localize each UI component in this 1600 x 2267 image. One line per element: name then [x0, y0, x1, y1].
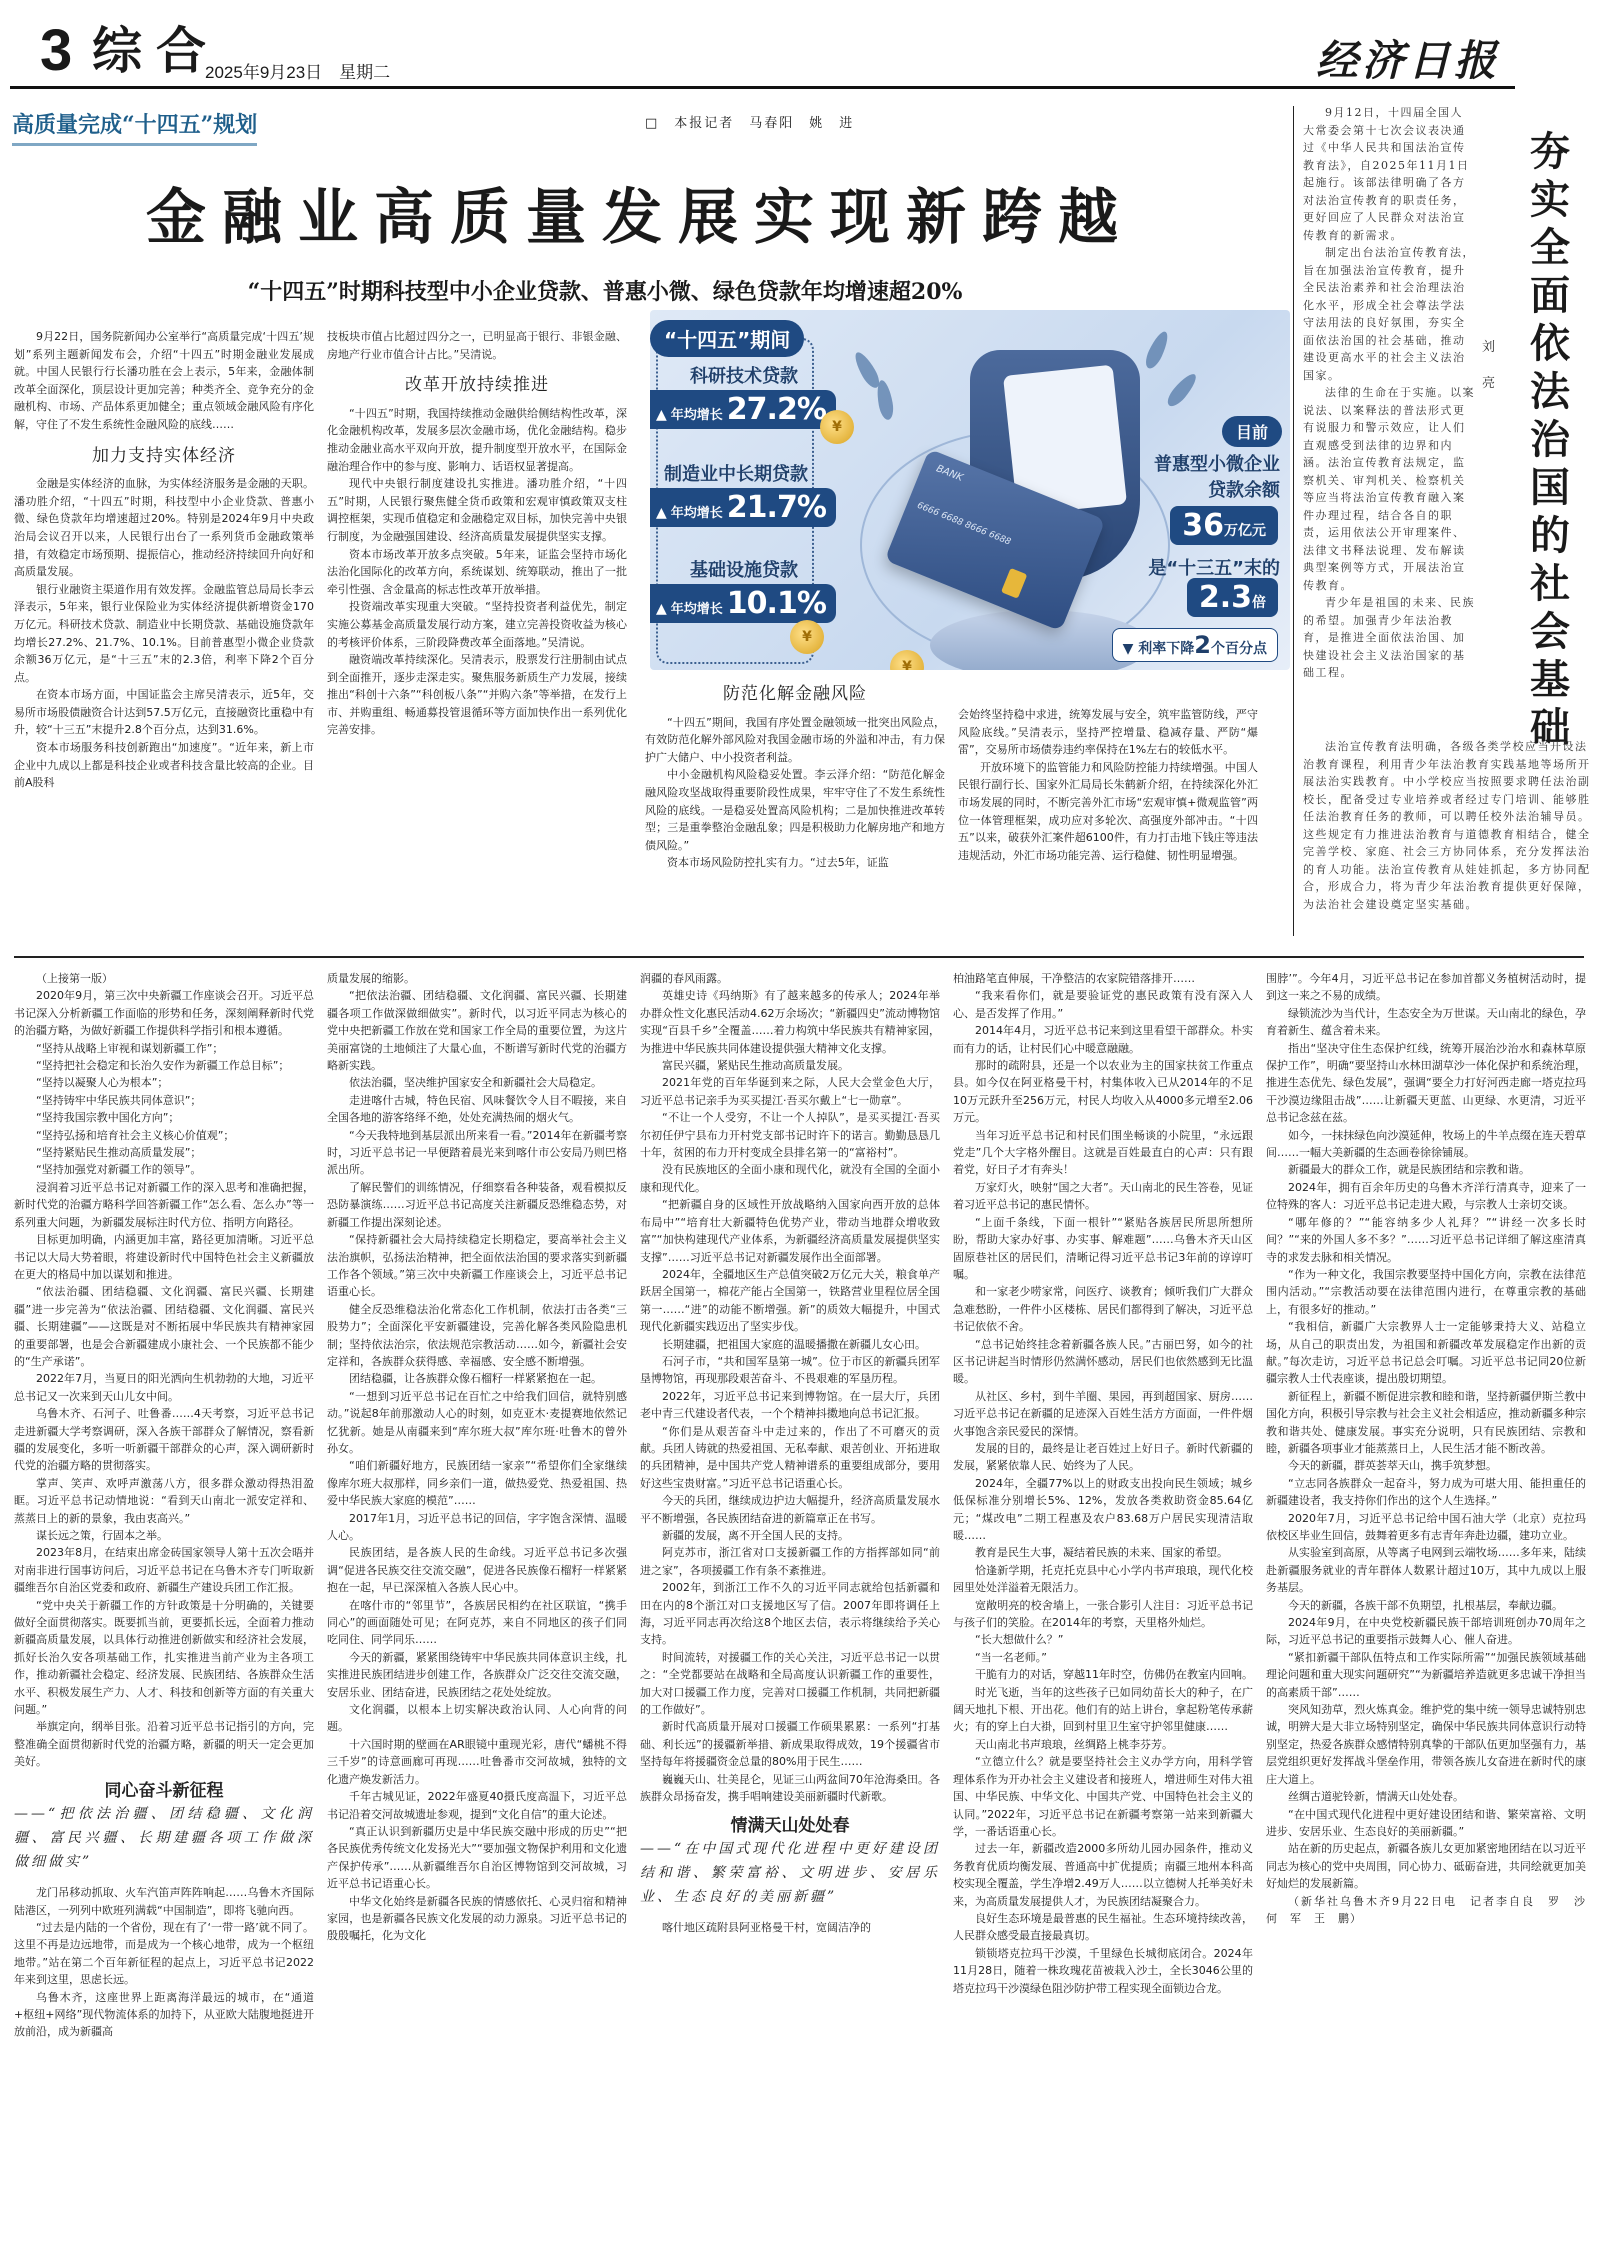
paragraph: 新疆最大的群众工作，就是民族团结和宗教和谐。 [1266, 1161, 1586, 1178]
paragraph: “坚持弘扬和培育社会主义核心价值观”； [14, 1127, 314, 1144]
paragraph: “过去是内陆的一个省份，现在有了‘一带一路’就不同了。这里不再是边远地带，而是成… [14, 1919, 314, 1989]
paragraph: 时间流转，对援疆工作的关心关注，习近平总书记一以贯之：“全党都要站在战略和全局高… [640, 1649, 940, 1719]
period-tag: “十四五”期间 [650, 320, 804, 357]
paragraph: 资本市场服务科技创新跑出“加速度”。“近年来，新上市企业中九成以上都是科技企业或… [14, 739, 314, 792]
paragraph: “把新疆自身的区域性开放战略纳入国家向西开放的总体布局中”“培育壮大新疆特色优势… [640, 1196, 940, 1266]
paragraph: 新时代高质量开展对口援疆工作硕果累累：一系列“打基础、利长远”的援疆新举措、新成… [640, 1718, 940, 1770]
paragraph: 浸润着习近平总书记对新疆工作的深入思考和准确把握，新时代党的治疆方略科学回答新疆… [14, 1179, 314, 1231]
paragraph: 千年古城见证，2022年盛夏40摄氏度高温下，习近平总书记沿着交河故城遗址参观，… [327, 1788, 627, 1823]
paragraph: 指出“坚决守住生态保护红线，统筹开展治沙治水和森林草原保护工作”，明确“要坚持山… [1266, 1040, 1586, 1127]
up-triangle-icon: ▲ [656, 601, 667, 617]
up-triangle-icon: ▲ [656, 407, 667, 423]
page-number: 3 [40, 22, 72, 80]
paragraph: “你们是从艰苦奋斗中走过来的，作出了不可磨灭的贡献。兵团人铸就的热爱祖国、无私奉… [640, 1423, 940, 1493]
paragraph: 围脖’”。今年4月，习近平总书记在参加首都义务植树活动时，提到这一来之不易的成绩… [1266, 970, 1586, 1005]
paragraph: 中华文化始终是新疆各民族的情感依托、心灵归宿和精神家园，也是新疆各民族文化发展的… [327, 1893, 627, 1945]
paragraph: 长期建疆，把祖国大家庭的温暖播撒在新疆儿女心田。 [640, 1336, 940, 1353]
paragraph: 万家灯火，映射“国之大者”。天山南北的民生答卷，见证着习近平总书记的惠民情怀。 [953, 1179, 1253, 1214]
section-heading: 加力支持实体经济 [14, 448, 314, 466]
coin-icon: ¥ [820, 410, 854, 444]
card-chip-icon [1001, 568, 1027, 599]
paragraph: 2024年，拥有百余年历史的乌鲁木齐洋行清真寺，迎来了一位特殊的客人：习近平总书… [1266, 1179, 1586, 1214]
lead-column-1: 9月22日，国务院新闻办公室举行“高质量完成‘十四五’规划”系列主题新闻发布会，… [14, 328, 314, 792]
paragraph: 金融是实体经济的血脉，为实体经济服务是金融的天职。潘功胜介绍，“十四五”时期，科… [14, 475, 314, 581]
paragraph: 龙门吊移动抓取、火车汽笛声阵阵响起……乌鲁木齐国际陆港区，一列列中欧班列满载“中… [14, 1884, 314, 1919]
paragraph: 2024年，全疆地区生产总值突破2万亿元大关，粮食单产跃居全国第一，棉花产能占全… [640, 1266, 940, 1336]
paragraph: 民族团结，是各族人民的生命线。习近平总书记多次强调“促进各民族交往交流交融”，促… [327, 1544, 627, 1596]
paragraph: 2021年党的百年华诞到来之际，人民大会堂金色大厅，习近平总书记亲手为买买提江·… [640, 1074, 940, 1109]
paragraph: 丝绸古道驼铃新，情满天山处处春。 [1266, 1788, 1586, 1805]
paragraph: 今天的新疆，紧紧围绕铸牢中华民族共同体意识主线，扎实推进民族团结进步创建工作，各… [327, 1649, 627, 1701]
paragraph: 依法治疆，坚决维护国家安全和新疆社会大局稳定。 [327, 1074, 627, 1091]
byline: □ 本报记者 马春阳 姚 进 [645, 112, 854, 131]
paragraph: 制定出台法治宣传教育法，旨在加强法治宣传教育，提升全民法治素养和社会治理法治化水… [1303, 244, 1475, 384]
coin-icon: ¥ [890, 650, 924, 670]
series-kicker: 高质量完成“十四五”规划 [12, 108, 257, 146]
paragraph: 良好生态环境是最普惠的民生福祉。生态环境持续改善，人民群众感受最直接最真切。 [953, 1910, 1253, 1945]
paragraph: 2014年4月，习近平总书记来到这里看望干部群众。朴实而有力的话，让村民们心中暖… [953, 1022, 1253, 1057]
paragraph: 现代中央银行制度建设扎实推进。潘功胜介绍，“十四五”时期，人民银行聚焦健全货币政… [327, 475, 627, 545]
paragraph: 没有民族地区的全面小康和现代化，就没有全国的全面小康和现代化。 [640, 1161, 940, 1196]
paragraph: 润疆的春风雨露。 [640, 970, 940, 987]
metric-value: ▲ 年均增长 21.7% [650, 488, 836, 527]
paragraph: 会始终坚持稳中求进，统筹发展与安全，筑牢监管防线，严守风险底线。”吴清表示，坚持… [958, 706, 1258, 759]
paragraph: 2020年9月，第三次中央新疆工作座谈会召开。习近平总书记深入分析新疆工作面临的… [14, 987, 314, 1039]
rate-decline: ▼ 利率下降2个百分点 [1112, 628, 1278, 662]
paragraph: 从实验室到高原，从等离子电网到云端牧场……多年来，陆续赴新疆服务就业的青年群体人… [1266, 1544, 1586, 1596]
commentary-body-bottom: 法治宣传教育法明确，各级各类学校应当开设法治教育课程，利用青少年法治教育实践基地… [1303, 738, 1593, 913]
infographic: “十四五”期间 科研技术贷款 ▲ 年均增长 27.2% 制造业中长期贷款 ▲ 年… [650, 310, 1290, 670]
paragraph: 法律的生命在于实施。以案说法、以案释法的普法形式更有说服力和警示效应，让人们直观… [1303, 384, 1475, 594]
paragraph: 技板块市值占比超过四分之一，已明显高于银行、非银金融、房地产行业市值合计占比。”… [327, 328, 627, 363]
paragraph: 富民兴疆，紧贴民生推动高质量发展。 [640, 1057, 940, 1074]
commentary-body-top: 9月12日，十四届全国人大常委会第十七次会议表决通过《中华人民共和国法治宣传教育… [1303, 104, 1475, 682]
metric-value: ▲ 年均增长 10.1% [650, 584, 836, 623]
paragraph: 乌鲁木齐、石河子、吐鲁番……4天考察，习近平总书记走进新疆大学考察调研，深入各族… [14, 1405, 314, 1475]
paragraph: “长大想做什么？” [953, 1631, 1253, 1648]
xinjiang-column-2: 质量发展的缩影。 “把依法治疆、团结稳疆、文化润疆、富民兴疆、长期建疆各项工作做… [327, 970, 627, 2260]
paragraph: “紧扣新疆干部队伍特点和工作实际所需”“加强民族领域基础理论问题和重大现实问题研… [1266, 1649, 1586, 1701]
paragraph: 目标更加明确，内涵更加丰富，路径更加清晰。习近平总书记以大局大势着眼，将建设新时… [14, 1231, 314, 1283]
article-intro: 9月22日，国务院新闻办公室举行“高质量完成‘十四五’规划”系列主题新闻发布会，… [14, 328, 314, 434]
ratio-label: 是“十三五”末的 [1148, 554, 1280, 580]
paragraph: 新疆的发展，离不开全国人民的支持。 [640, 1527, 940, 1544]
paragraph: “在中国式现代化进程中更好建设团结和谐、繁荣富裕、文明进步、安居乐业、生态良好的… [1266, 1806, 1586, 1841]
paragraph: 突风知劲草，烈火炼真金。维护党的集中统一领导忠诚特别忠诚，明辨大是大非立场特别坚… [1266, 1701, 1586, 1788]
paragraph: 投资端改革实现重大突破。“坚持投资者利益优先，制定实施公募基金高质量发展行动方案… [327, 598, 627, 651]
paragraph: 文化润疆，以根本上切实解决政治认同、人心向背的问题。 [327, 1701, 627, 1736]
paragraph: 过去一年，新疆改造2000多所幼儿园办园条件，推动义务教育优质均衡发展、普通高中… [953, 1840, 1253, 1910]
section-heading: 防范化解金融风险 [645, 686, 945, 704]
paragraph: 干脆有力的对话，穿越11年时空，仿佛仍在教室内回响。 [953, 1666, 1253, 1683]
subheadline: “十四五”时期科技型中小企业贷款、普惠小微、绿色贷款年均增速超20% [40, 275, 1170, 306]
paragraph: “立志同各族群众一起奋斗，努力成为可堪大用、能担重任的新疆建设者，我支持你们作出… [1266, 1475, 1586, 1510]
paragraph: 2022年，习近平总书记来到博物馆。在一层大厅，兵团老中青三代建设者代表，一个个… [640, 1388, 940, 1423]
paragraph: 那时的疏附县，还是一个以农业为主的国家扶贫工作重点县。如今仅在阿亚格曼干村，村集… [953, 1057, 1253, 1127]
paragraph: 当年习近平总书记和村民们围坐畅谈的小院里，“永远跟党走”几个大字格外醒目。这就是… [953, 1127, 1253, 1179]
paragraph: “我来看你们，就是要验证党的惠民政策有没有深入人心、是否发挥了作用。” [953, 987, 1253, 1022]
paragraph: “当一名老师。” [953, 1649, 1253, 1666]
section-subtitle: ——“在中国式现代化进程中更好建设团结和谐、繁荣富裕、文明进步、安居乐业、生态良… [640, 1837, 940, 1909]
paragraph: “依法治疆、团结稳疆、文化润疆、富民兴疆、长期建疆”进一步完善为“依法治疆、团结… [14, 1283, 314, 1370]
paragraph: 健全反恐维稳法治化常态化工作机制，依法打击各类“三股势力”；全面深化平安新疆建设… [327, 1301, 627, 1371]
paragraph: 在喀什市的“邻里节”，各族居民相约在社区联谊，“携手同心”的画面随处可见；在阿克… [327, 1597, 627, 1649]
paragraph: 团结稳疆，让各族群众像石榴籽一样紧紧抱在一起。 [327, 1370, 627, 1387]
section-name: 综合 [92, 26, 220, 76]
lead-column-3: 防范化解金融风险 “十四五”期间，我国有序处置金融领域一批突出风险点，有效防范化… [645, 686, 945, 872]
paragraph: “作为一种文化，我国宗教要坚持中国化方向，宗教在法律范围内活动。”“宗教活动要在… [1266, 1266, 1586, 1318]
paragraph: 9月12日，十四届全国人大常委会第十七次会议表决通过《中华人民共和国法治宣传教育… [1303, 104, 1475, 244]
lead-column-4: 会始终坚持稳中求进，统筹发展与安全，筑牢监管防线，严守风险底线。”吴清表示，坚持… [958, 706, 1258, 864]
paragraph: “坚持加强党对新疆工作的领导”。 [14, 1161, 314, 1178]
paragraph: 恰逢新学期，托克托克县中心小学内书声琅琅，现代化校园里处处洋溢着无限活力。 [953, 1562, 1253, 1597]
paragraph: 融资端改革持续深化。吴清表示，股票发行注册制由试点到全面推开，逐步走深走实。聚焦… [327, 651, 627, 739]
leaf-decoration [1142, 329, 1172, 371]
section-subtitle: ——“把依法治疆、团结稳疆、文化润疆、富民兴疆、长期建疆各项工作做深做细做实” [14, 1802, 314, 1874]
paragraph: 开放环境下的监管能力和风险防控能力持续增强。中国人民银行副行长、国家外汇局局长朱… [958, 759, 1258, 865]
leaf-decoration [1164, 370, 1200, 410]
xinjiang-column-3: 润疆的春风雨露。 英雄史诗《玛纳斯》有了越来越多的传承人；2024年举办群众性文… [640, 970, 940, 2260]
paragraph: “十四五”期间，我国有序处置金融领域一批突出风险点，有效防范化解外部风险对我国金… [645, 714, 945, 767]
paragraph: 了解民警们的训练情况，仔细察看各种装备，观看模拟反恐防暴演练……习近平总书记高度… [327, 1179, 627, 1231]
section-heading: 同心奋斗新征程 [14, 1783, 314, 1800]
paragraph: 巍巍天山、壮美昆仑，见证三山两盆间70年沧海桑田。各族群众昂扬奋发，携手唱响建设… [640, 1771, 940, 1806]
paragraph: 教育是民生大事，凝结着民族的未来、国家的希望。 [953, 1544, 1253, 1561]
headline: 金融业高质量发展实现新跨越 [40, 170, 1240, 256]
paragraph: “坚持把社会稳定和长治久安作为新疆工作总目标”； [14, 1057, 314, 1074]
lead-column-2: 技板块市值占比超过四分之一，已明显高于银行、非银金融、房地产行业市值合计占比。”… [327, 328, 627, 739]
newspaper-logo: 经济日报 [1316, 28, 1500, 88]
paragraph: 质量发展的缩影。 [327, 970, 627, 987]
xinjiang-column-5: 围脖’”。今年4月，习近平总书记在参加首都义务植树活动时，提到这一来之不易的成绩… [1266, 970, 1586, 2260]
paragraph: 十六国时期的壁画在AR眼镜中重现光彩，唐代“蟠桃不得三千岁”的诗意画廊可再现……… [327, 1736, 627, 1788]
paragraph: 法治宣传教育法明确，各级各类学校应当开设法治教育课程，利用青少年法治教育实践基地… [1303, 738, 1593, 913]
paragraph: 新征程上，新疆不断促进宗教和睦和谐，坚持新疆伊斯兰教中国化方向，积极引导宗教与社… [1266, 1388, 1586, 1458]
paragraph: 举旗定向，纲举目张。沿着习近平总书记指引的方向，完整准确全面贯彻新时代党的治疆方… [14, 1718, 314, 1770]
paragraph: “总书记始终挂念着新疆各族人民。”古丽巴努，如今的社区书记讲起当时情形仍然满怀感… [953, 1336, 1253, 1388]
paragraph: 和一家老少唠家常，问医疗、谈教育；倾听我们广大群众急难愁盼，一件件小区楼栋、居民… [953, 1283, 1253, 1335]
coin-icon: ¥ [790, 620, 824, 654]
paragraph: 在资本市场方面，中国证监会主席吴清表示，近5年，交易所市场股债融资合计达到57.… [14, 686, 314, 739]
paragraph: 如今，一抹抹绿色向沙漠延伸，牧场上的牛羊点缀在连天碧草间……一幅大美新疆的生态画… [1266, 1127, 1586, 1162]
commentary-title: 夯 实 全 面 依 法 治 国 的 社 会 基 础 [1525, 128, 1575, 752]
section-heading: 改革开放持续推进 [327, 377, 627, 395]
column-divider [1293, 106, 1294, 936]
paragraph: 谋长远之策，行固本之举。 [14, 1527, 314, 1544]
paragraph: 时光飞逝，当年的这些孩子已如同幼苗长大的种子，在广阔天地扎下根、开出花。他们有的… [953, 1684, 1253, 1736]
continued-note: （上接第一版） [14, 970, 314, 987]
paragraph: “把依法治疆、团结稳疆、文化润疆、富民兴疆、长期建疆各项工作做深做细做实”。新时… [327, 987, 627, 1074]
paragraph: 掌声、笑声、欢呼声激荡八方，很多群众激动得热泪盈眶。习近平总书记动情地说：“看到… [14, 1475, 314, 1527]
paragraph: 喀什地区疏附县阿亚格曼干村，宽阔洁净的 [640, 1919, 940, 1936]
paragraph: 今天的新疆，各族干部不负期望，扎根基层，奉献边疆。 [1266, 1597, 1586, 1614]
metric-label: 制造业中长期贷款 [664, 460, 808, 486]
paragraph: “一想到习近平总书记在百忙之中给我们回信，就特别感动。”说起8年前那激动人心的时… [327, 1388, 627, 1458]
paragraph: 2024年9月，在中央党校新疆民族干部培训班创办70周年之际，习近平总书记的重要… [1266, 1614, 1586, 1649]
paragraph: “真正认识到新疆历史是中华民族交融中形成的历史”“把各民族优秀传统文化发扬光大”… [327, 1823, 627, 1893]
paragraph: “立德立什么？就是要坚持社会主义办学方向，用科学管理体系作为开办社会主义建设者和… [953, 1753, 1253, 1840]
paragraph: 英雄史诗《玛纳斯》有了越来越多的传承人；2024年举办群众性文化惠民活动4.62… [640, 987, 940, 1057]
paragraph: 站在新的历史起点，新疆各族儿女更加紧密地团结在以习近平同志为核心的党中央周围，同… [1266, 1840, 1586, 1892]
paragraph: 青少年是祖国的未来、民族的希望。加强青少年法治教育，是推进全面依法治国、加快建设… [1303, 594, 1475, 682]
paragraph: 绿锁流沙为当代计，生态安全为万世谋。天山南北的绿色，孕育着新生、蕴含着未来。 [1266, 1005, 1586, 1040]
metric-value: ▲ 年均增长 27.2% [650, 390, 836, 429]
paragraph: “我相信，新疆广大宗教界人士一定能够秉持大义、站稳立场，从自己的职责出发，为祖国… [1266, 1318, 1586, 1388]
paragraph: “坚持从战略上审视和谋划新疆工作”； [14, 1040, 314, 1057]
metric-label: 科研技术贷款 [690, 362, 798, 388]
paragraph: 2024年，全疆77%以上的财政支出投向民生领域；城乡低保标准分别增长5%、12… [953, 1475, 1253, 1545]
paragraph: “哪年修的？”“能容纳多少人礼拜？”“讲经一次多长时间？”“来的外国人多不多？”… [1266, 1214, 1586, 1266]
paragraph: 阿克苏市，浙江省对口支援新疆工作的方指挥部如同“前进之家”，各项援疆工作有条不紊… [640, 1544, 940, 1579]
balance-value: 36万亿元 [1170, 506, 1278, 545]
paragraph: “咱们新疆好地方，民族团结一家亲”“希望你们全家继续像库尔班大叔那样，同乡亲们一… [327, 1457, 627, 1509]
paragraph: “坚持我国宗教中国化方向”； [14, 1109, 314, 1126]
paragraph: 从社区、乡村，到牛羊圈、果园，再到超国家、厨房……习近平总书记在新疆的足迹深入百… [953, 1388, 1253, 1440]
paragraph: “保持新疆社会大局持续稳定长期稳定，要高举社会主义法治旗帜，弘扬法治精神，把全面… [327, 1231, 627, 1301]
paragraph: 今天的兵团，继续成边护边大幅提升，经济高质量发展水平不断增强，各民族团结奋进的新… [640, 1492, 940, 1527]
paragraph: 柏油路笔直伸展，干净整洁的农家院错落排开…… [953, 970, 1253, 987]
commentary-author: 刘 亮 [1482, 330, 1496, 402]
balance-label: 普惠型小微企业 贷款余额 [1154, 450, 1280, 502]
paragraph: 走进喀什古城，特色民宿、风味餐饮令人目不暇接，来自全国各地的游客络绎不绝，处处充… [327, 1092, 627, 1127]
paragraph: 石河子市，“共和国军垦第一城”。位于市区的新疆兵团军垦博物馆，再现那段艰苦奋斗、… [640, 1353, 940, 1388]
section-divider [14, 956, 1584, 958]
paragraph: 乌鲁木齐，这座世界上距离海洋最远的城市，在“通道+枢纽+网络”现代物流体系的加持… [14, 1989, 314, 2041]
metric-label: 基础设施贷款 [690, 556, 798, 582]
paragraph: 今天的新疆，群英荟萃天山，携手筑梦想。 [1266, 1457, 1586, 1474]
xinjiang-column-4: 柏油路笔直伸展，干净整洁的农家院错落排开…… “我来看你们，就是要验证党的惠民政… [953, 970, 1253, 2260]
paragraph: “坚持紧贴民生推动高质量发展”； [14, 1144, 314, 1161]
paragraph: 资本市场风险防控扎实有力。“过去5年，证监 [645, 854, 945, 872]
paragraph: 2002年，到浙江工作不久的习近平同志就给包括新疆和田在内的8个浙江对口支援地区… [640, 1579, 940, 1649]
paragraph: 中小金融机构风险稳妥处置。李云泽介绍：“防范化解金融风险攻坚战取得重要阶段性成果… [645, 766, 945, 854]
paragraph: 资本市场改革开放多点突破。5年来，证监会坚持市场化法治化国际化的改革方向，系统谋… [327, 546, 627, 599]
section-heading: 情满天山处处春 [640, 1818, 940, 1835]
leaf-decoration [875, 379, 896, 421]
paragraph: 2020年7月，习近平总书记给中国石油大学（北京）克拉玛依校区毕业生回信，鼓舞着… [1266, 1510, 1586, 1545]
paragraph: “十四五”时期，我国持续推动金融供给侧结构性改革，深化金融机构改革，发展多层次金… [327, 405, 627, 475]
paragraph: 天山南北书声琅琅，丝绸路上桃李芬芳。 [953, 1736, 1253, 1753]
paragraph: “今天我特地到基层派出所来看一看。”2014年在新疆考察时，习近平总书记一早便踏… [327, 1127, 627, 1179]
xinjiang-column-1: （上接第一版） 2020年9月，第三次中央新疆工作座谈会召开。习近平总书记深入分… [14, 970, 314, 2260]
current-tag: 目前 [1222, 416, 1282, 447]
paragraph: 银行业融资主渠道作用有效发挥。金融监管总局局长李云泽表示，5年来，银行业保险业为… [14, 581, 314, 687]
masthead-rule [10, 86, 1515, 89]
ratio-value: 2.3倍 [1187, 578, 1278, 617]
paragraph: “不让一个人受穷，不让一个人掉队”，是买买提江·吾买尔初任伊宁县布力开村党支部书… [640, 1109, 940, 1161]
paragraph: “坚持铸牢中华民族共同体意识”； [14, 1092, 314, 1109]
paragraph: 锁锁塔克拉玛干沙漠，千里绿色长城彻底闭合。2024年11月28日，随着一株玫瑰花… [953, 1945, 1253, 1997]
dateline: （新华社乌鲁木齐9月22日电 记者李自良 罗 沙 何 军 王 鹏） [1266, 1893, 1586, 1928]
up-triangle-icon: ▲ [656, 505, 667, 521]
paragraph: “党中央关于新疆工作的方针政策是十分明确的，关键要做好全面贯彻落实。既要抓当前，… [14, 1597, 314, 1719]
paragraph: “坚持以凝聚人心为根本”； [14, 1074, 314, 1091]
paragraph: 2023年8月，在结束出席金砖国家领导人第十五次会晤并对南非进行国事访问后，习近… [14, 1544, 314, 1596]
paragraph: 2017年1月，习近平总书记的回信，字字饱含深情、温暖人心。 [327, 1510, 627, 1545]
down-arrow-icon: ▼ [1123, 641, 1134, 657]
paragraph: 2022年7月，当夏日的阳光洒向生机勃勃的大地，习近平总书记又一次来到天山儿女中… [14, 1370, 314, 1405]
paragraph: “上面千条线，下面一根针”“紧贴各族居民所思所想所盼，帮助大家办好事、办实事、解… [953, 1214, 1253, 1284]
paragraph: 发展的目的，最终是让老百姓过上好日子。新时代新疆的发展，紧紧依靠人民、始终为了人… [953, 1440, 1253, 1475]
paragraph: 宽敞明亮的校舍墙上，一张合影引人注目：习近平总书记与孩子们的笑脸。在2014年的… [953, 1597, 1253, 1632]
issue-date: 2025年9月23日 星期二 [205, 58, 390, 83]
